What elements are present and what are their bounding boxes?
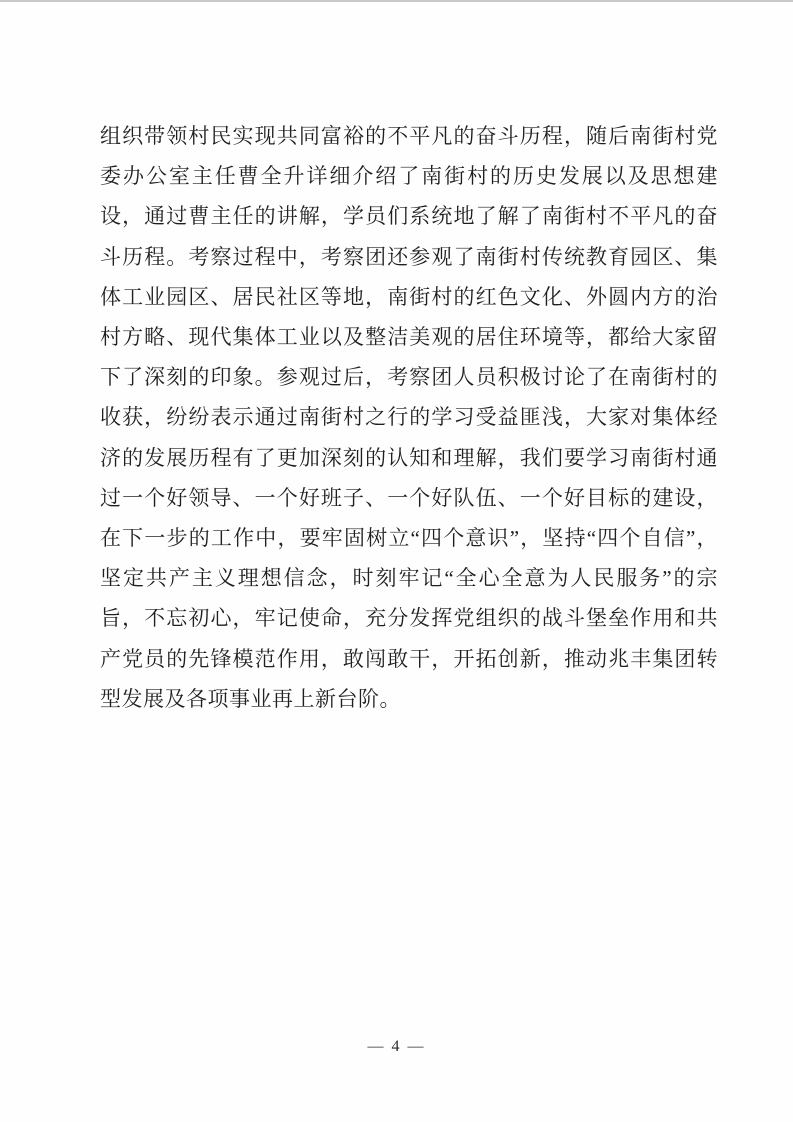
body-text-line: 组织带领村民实现共同富裕的不平凡的奋斗历程，随后南街村党 xyxy=(100,116,718,156)
document-page: 组织带领村民实现共同富裕的不平凡的奋斗历程，随后南街村党 委办公室主任曹全升详细… xyxy=(0,0,793,1122)
body-text-line: 斗历程。考察过程中，考察团还参观了南街村传统教育园区、集 xyxy=(100,237,718,277)
body-text-line: 体工业园区、居民社区等地，南街村的红色文化、外圆内方的治 xyxy=(100,277,718,317)
document-body: 组织带领村民实现共同富裕的不平凡的奋斗历程，随后南街村党 委办公室主任曹全升详细… xyxy=(100,116,718,719)
body-text-line: 坚定共产主义理想信念，时刻牢记“全心全意为人民服务”的宗 xyxy=(100,558,718,598)
page-number: — 4 — xyxy=(0,1036,793,1058)
body-text-line: 委办公室主任曹全升详细介绍了南街村的历史发展以及思想建 xyxy=(100,156,718,196)
body-text-line: 村方略、现代集体工业以及整洁美观的居住环境等，都给大家留 xyxy=(100,317,718,357)
body-text-line: 下了深刻的印象。参观过后，考察团人员积极讨论了在南街村的 xyxy=(100,357,718,397)
body-text-line: 收获，纷纷表示通过南街村之行的学习受益匪浅，大家对集体经 xyxy=(100,397,718,437)
body-text-line: 济的发展历程有了更加深刻的认知和理解，我们要学习南街村通 xyxy=(100,438,718,478)
body-text-line: 产党员的先锋模范作用，敢闯敢干，开拓创新，推动兆丰集团转 xyxy=(100,639,718,679)
body-text-line: 型发展及各项事业再上新台阶。 xyxy=(100,679,718,719)
body-text-line: 旨，不忘初心，牢记使命，充分发挥党组织的战斗堡垒作用和共 xyxy=(100,598,718,638)
body-text-line: 过一个好领导、一个好班子、一个好队伍、一个好目标的建设， xyxy=(100,478,718,518)
body-text-line: 设，通过曹主任的讲解，学员们系统地了解了南街村不平凡的奋 xyxy=(100,196,718,236)
body-text-line: 在下一步的工作中，要牢固树立“四个意识”，坚持“四个自信”， xyxy=(100,518,718,558)
page-top-edge-line xyxy=(0,0,793,2)
